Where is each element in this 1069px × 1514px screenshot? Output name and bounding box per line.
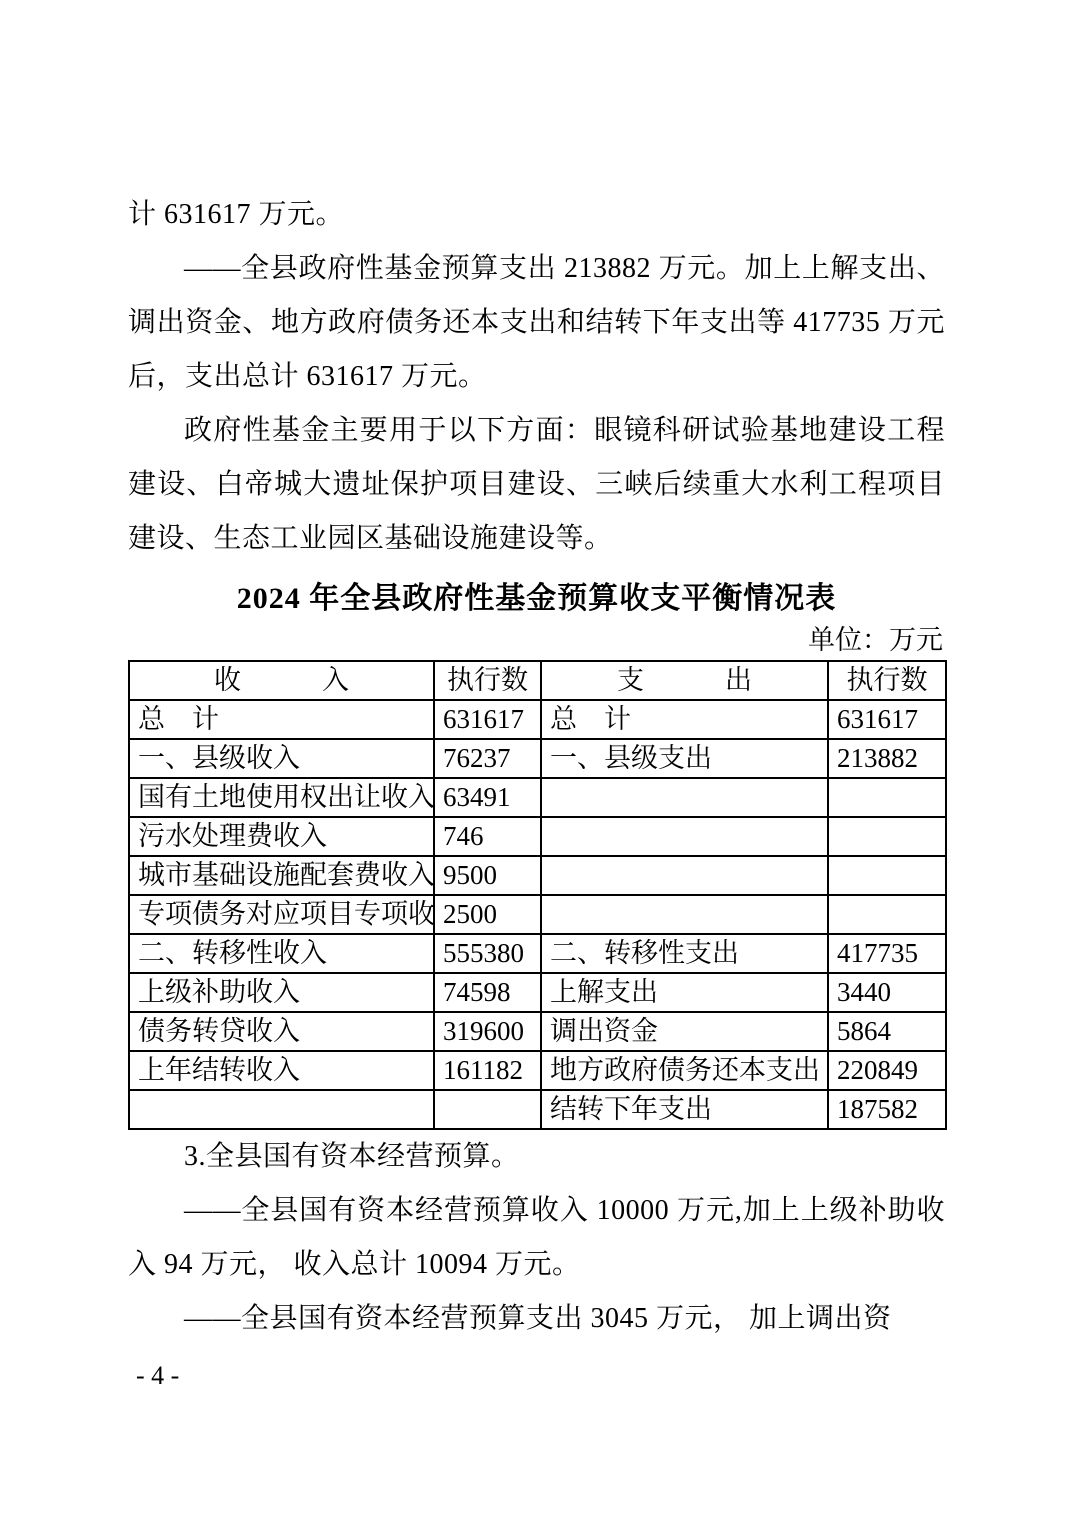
table-row: 污水处理费收入746 [129,817,946,856]
cell-label [541,817,828,856]
cell-amount [828,817,946,856]
document-page: 计 631617 万元。 ——全县政府性基金预算支出 213882 万元。加上上… [0,0,1069,1514]
cell-label: 二、转移性收入 [129,934,434,973]
header-income: 收 入 [129,661,434,700]
cell-label: 上级补助收入 [129,973,434,1012]
cell-amount: 319600 [434,1012,541,1051]
cell-amount: 161182 [434,1051,541,1090]
cell-label: 国有土地使用权出让收入 [129,778,434,817]
header-expenditure-executed: 执行数 [828,661,946,700]
cell-label: 污水处理费收入 [129,817,434,856]
cell-amount: 76237 [434,739,541,778]
cell-label: 一、县级支出 [541,739,828,778]
table-row: 上级补助收入74598上解支出3440 [129,973,946,1012]
cell-label [541,856,828,895]
table-row: 总 计631617总 计631617 [129,700,946,739]
cell-label: 上年结转收入 [129,1051,434,1090]
cell-label: 城市基础设施配套费收入 [129,856,434,895]
cell-amount: 631617 [434,700,541,739]
cell-label: 一、县级收入 [129,739,434,778]
cell-amount [828,778,946,817]
budget-balance-table: 收 入 执行数 支 出 执行数 总 计631617总 计631617一、县级收入… [128,660,947,1130]
header-income-executed: 执行数 [434,661,541,700]
cell-label [541,778,828,817]
table-unit-label: 单位：万元 [128,622,943,658]
table-row: 上年结转收入161182地方政府债务还本支出220849 [129,1051,946,1090]
table-body: 总 计631617总 计631617一、县级收入76237一、县级支出21388… [129,700,946,1129]
cell-amount: 555380 [434,934,541,973]
cell-amount [828,895,946,934]
cell-amount: 74598 [434,973,541,1012]
cell-label: 调出资金 [541,1012,828,1051]
cell-label [129,1090,434,1129]
paragraph-fund-expenditure: ——全县政府性基金预算支出 213882 万元。加上上解支出、调出资金、地方政府… [128,242,945,404]
header-expenditure: 支 出 [541,661,828,700]
cell-label: 上解支出 [541,973,828,1012]
cell-amount: 63491 [434,778,541,817]
table-row: 城市基础设施配套费收入9500 [129,856,946,895]
cell-amount: 631617 [828,700,946,739]
paragraph-soe-income: ——全县国有资本经营预算收入 10000 万元,加上上级补助收入 94 万元， … [128,1184,945,1292]
table-row: 一、县级收入76237一、县级支出213882 [129,739,946,778]
cell-amount [434,1090,541,1129]
cell-label: 结转下年支出 [541,1090,828,1129]
cell-amount: 746 [434,817,541,856]
table-row: 二、转移性收入555380二、转移性支出417735 [129,934,946,973]
cell-label [541,895,828,934]
cell-amount: 187582 [828,1090,946,1129]
cell-amount: 213882 [828,739,946,778]
paragraph-fund-usage: 政府性基金主要用于以下方面：眼镜科研试验基地建设工程建设、白帝城大遗址保护项目建… [128,404,945,566]
page-number: - 4 - [136,1358,179,1394]
cell-label: 总 计 [129,700,434,739]
cell-amount: 3440 [828,973,946,1012]
cell-label: 债务转贷收入 [129,1012,434,1051]
cell-amount: 220849 [828,1051,946,1090]
cell-amount: 5864 [828,1012,946,1051]
table-row: 国有土地使用权出让收入63491 [129,778,946,817]
paragraph-soe-expenditure: ——全县国有资本经营预算支出 3045 万元， 加上调出资 [128,1292,945,1346]
cell-amount: 417735 [828,934,946,973]
paragraph-soe-heading: 3.全县国有资本经营预算。 [128,1130,945,1184]
cell-amount: 9500 [434,856,541,895]
cell-amount [828,856,946,895]
cell-label: 地方政府债务还本支出 [541,1051,828,1090]
document-content: 计 631617 万元。 ——全县政府性基金预算支出 213882 万元。加上上… [128,188,945,1346]
paragraph-continuation: 计 631617 万元。 [128,188,945,242]
cell-label: 总 计 [541,700,828,739]
cell-label: 专项债务对应项目专项收入 [129,895,434,934]
table-header-row: 收 入 执行数 支 出 执行数 [129,661,946,700]
table-row: 专项债务对应项目专项收入2500 [129,895,946,934]
table-title: 2024 年全县政府性基金预算收支平衡情况表 [128,578,945,620]
cell-amount: 2500 [434,895,541,934]
cell-label: 二、转移性支出 [541,934,828,973]
table-row: 结转下年支出187582 [129,1090,946,1129]
table-row: 债务转贷收入319600调出资金5864 [129,1012,946,1051]
